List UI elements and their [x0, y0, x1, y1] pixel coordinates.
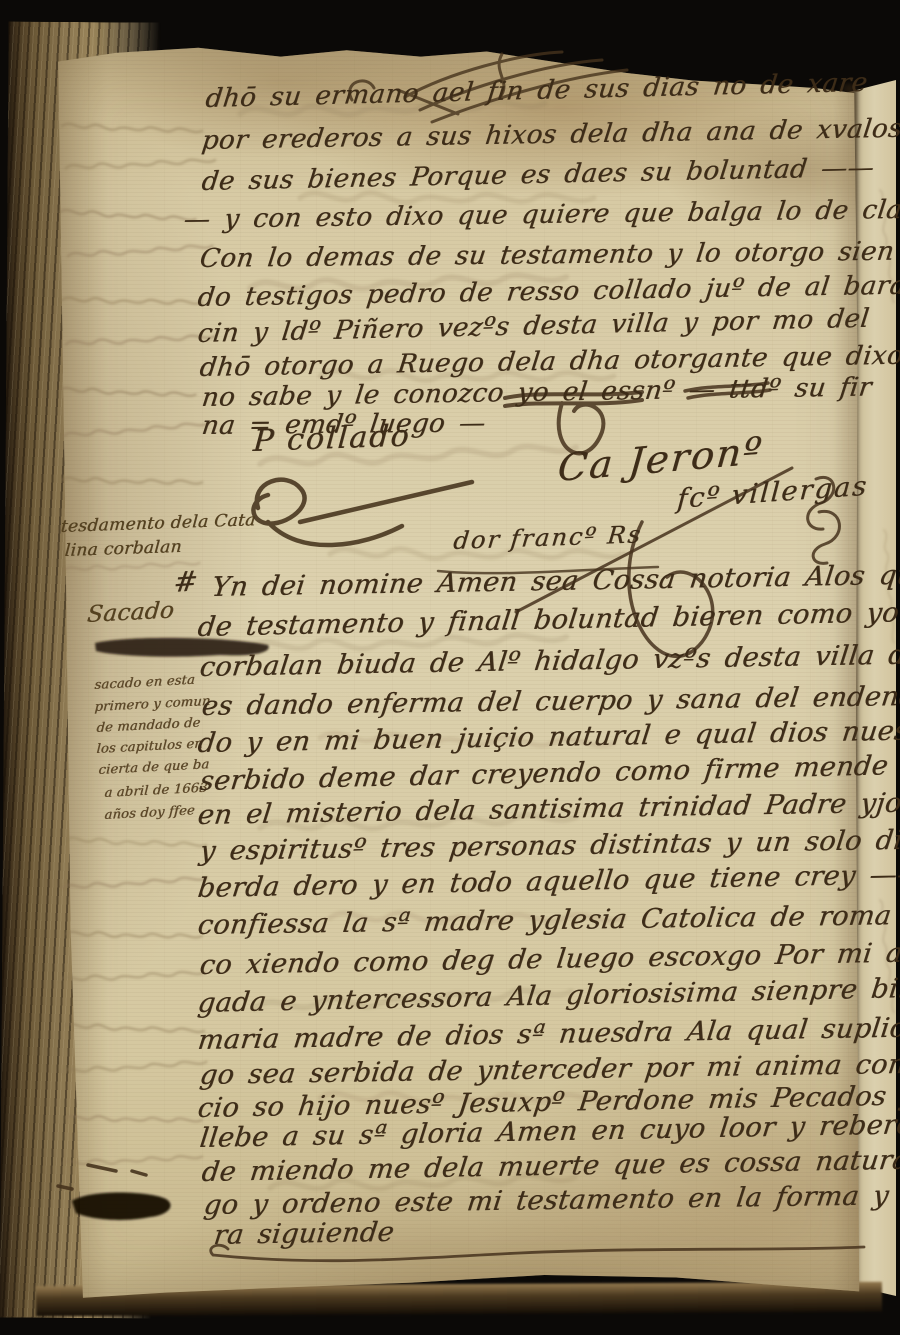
margin-title-line-2: lina corbalan: [64, 537, 182, 561]
paragraph-mark: #: [172, 564, 200, 599]
signature-p-collado: P collado: [252, 419, 412, 459]
manuscript-scan: dhō su ermano ael fin de sus dias no de …: [0, 0, 900, 1335]
margin-sacado-label: Sacado: [86, 598, 175, 628]
testament-line: ra siguiende: [212, 1217, 396, 1251]
